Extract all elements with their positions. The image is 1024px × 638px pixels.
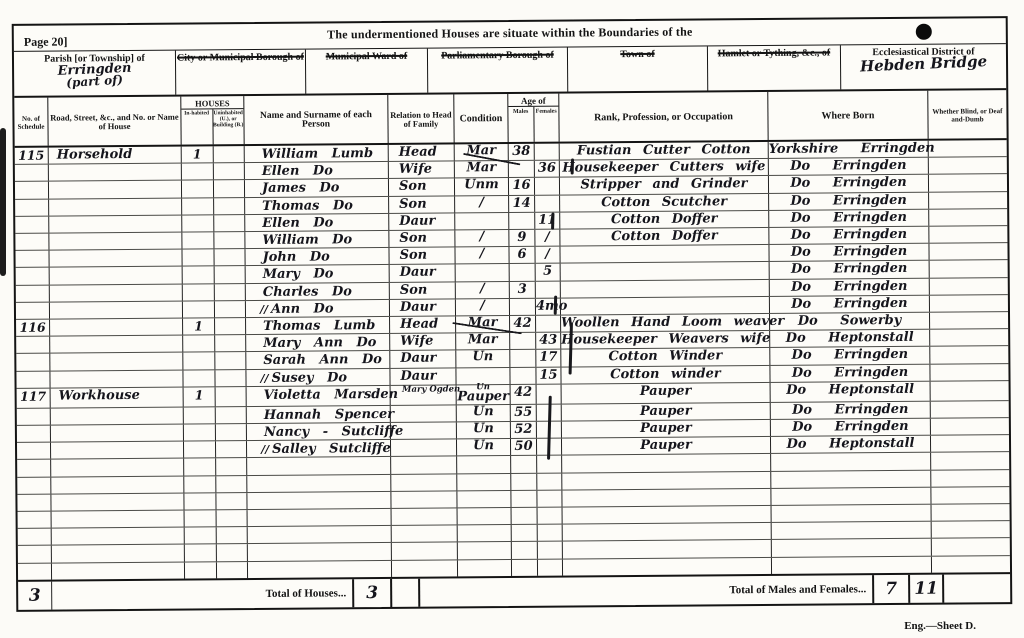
cell-relation bbox=[392, 543, 458, 560]
cell-road bbox=[51, 442, 184, 459]
col-schedule: No. of Schedule bbox=[14, 98, 48, 146]
total-houses-value: 3 bbox=[352, 579, 392, 607]
cell-born: Do Heptonstall bbox=[771, 436, 931, 453]
cell-age-male: 16 bbox=[509, 178, 535, 194]
cell-inhabited bbox=[183, 301, 215, 317]
cell-age-female: 17 bbox=[536, 350, 561, 366]
cell-road bbox=[52, 562, 185, 579]
cell-age-male: 38 bbox=[509, 144, 535, 160]
cell-inhabited bbox=[185, 545, 217, 561]
cell-inhabited bbox=[185, 528, 217, 544]
cell-name: Ellen Do bbox=[245, 214, 389, 231]
cell-inhabited bbox=[184, 424, 216, 440]
col-age: Age of bbox=[508, 94, 558, 107]
cell-schedule: 116 bbox=[16, 320, 50, 336]
cell-inhabited bbox=[182, 181, 214, 197]
cell-relation: Wife bbox=[389, 162, 455, 179]
cell-age-male bbox=[512, 559, 538, 575]
condition-value: / bbox=[479, 229, 484, 244]
cell-condition: Mar bbox=[456, 333, 510, 350]
cell-occupation: Housekeeper Weavers wife bbox=[561, 331, 770, 349]
cell-schedule bbox=[16, 371, 50, 387]
name-end-mark: // bbox=[260, 303, 268, 316]
cell-condition bbox=[457, 474, 511, 491]
cell-condition: Unm bbox=[455, 178, 509, 195]
cell-relation bbox=[391, 422, 457, 439]
cell-road bbox=[51, 459, 184, 476]
cell-name: James Do bbox=[245, 179, 389, 196]
condition-value: Mar bbox=[468, 332, 498, 347]
cell-age-male: 3 bbox=[510, 281, 536, 297]
cell-condition bbox=[458, 525, 512, 542]
cell-uninhabited bbox=[217, 562, 248, 578]
col-disability: Whether Blind, or Deaf and-Dumb bbox=[928, 90, 1006, 139]
cell-disability bbox=[931, 401, 1009, 418]
cell-uninhabited bbox=[217, 527, 248, 543]
cell-inhabited bbox=[182, 232, 214, 248]
cell-relation: Son bbox=[390, 282, 456, 299]
person-name: Ann Do bbox=[271, 301, 334, 316]
cell-disability bbox=[929, 140, 1007, 157]
cell-name: Nancy - Sutcliffe bbox=[247, 423, 391, 440]
cell-uninhabited bbox=[215, 267, 246, 283]
municipal-ward-label: Municipal Ward of bbox=[306, 51, 427, 63]
cell-schedule bbox=[17, 477, 51, 493]
cell-condition bbox=[455, 213, 509, 230]
cell-age-male bbox=[511, 456, 537, 472]
cell-age-female bbox=[538, 525, 563, 541]
ink-blot bbox=[916, 24, 932, 40]
person-name: Hannah Spencer bbox=[264, 407, 394, 423]
totals-schedule-value: 3 bbox=[18, 582, 52, 610]
cell-age-female bbox=[537, 473, 562, 489]
cell-occupation: Cotton Doffer bbox=[560, 228, 769, 246]
person-name: Salley Sutcliffe bbox=[272, 441, 391, 457]
cell-age-female: 36 bbox=[535, 161, 560, 177]
col-inhabited: In-habited bbox=[181, 109, 213, 144]
condition-value: / bbox=[479, 195, 484, 210]
cell-disability bbox=[929, 226, 1007, 243]
cell-inhabited bbox=[183, 284, 215, 300]
cell-road bbox=[52, 528, 185, 545]
cell-age-male: 50 bbox=[511, 439, 537, 455]
cell-age-female bbox=[536, 281, 561, 297]
cell-road bbox=[51, 407, 184, 424]
cell-inhabited bbox=[184, 442, 216, 458]
cell-road bbox=[49, 215, 182, 232]
hamlet-label: Hamlet or Tything, &c., of bbox=[708, 47, 840, 59]
cell-occupation: Cotton Winder bbox=[561, 348, 770, 366]
cell-inhabited bbox=[182, 164, 214, 180]
total-males-females-label: Total of Males and Females... bbox=[420, 575, 872, 607]
person-name: William Do bbox=[262, 232, 352, 248]
cell-name: Violetta MarsdenMary Ogden bbox=[247, 386, 391, 406]
cell-schedule bbox=[18, 512, 52, 528]
cell-occupation: Cotton Scutcher bbox=[560, 194, 769, 212]
cell-schedule bbox=[17, 443, 51, 459]
col-name: Name and Surname of each Person bbox=[244, 95, 388, 144]
ink-stroke bbox=[551, 213, 554, 230]
cell-schedule bbox=[16, 285, 50, 301]
cell-schedule bbox=[18, 529, 52, 545]
total-females-value: 11 bbox=[910, 575, 944, 603]
cell-inhabited bbox=[183, 267, 215, 283]
cell-schedule: 117 bbox=[17, 388, 51, 407]
cell-relation bbox=[391, 491, 457, 508]
cell-disability bbox=[931, 453, 1009, 470]
cell-road bbox=[50, 319, 183, 336]
cell-relation: Daur bbox=[390, 299, 456, 316]
cell-uninhabited bbox=[215, 353, 246, 369]
hamlet-cell: Hamlet or Tything, &c., of bbox=[708, 45, 841, 90]
col-females: Females bbox=[534, 107, 559, 142]
cell-relation bbox=[392, 508, 458, 525]
cell-condition: UnPauper bbox=[457, 385, 511, 404]
cell-age-female: 5 bbox=[536, 264, 561, 280]
cell-uninhabited bbox=[215, 335, 246, 351]
cell-born bbox=[772, 505, 932, 522]
cell-occupation bbox=[563, 506, 772, 524]
condition-value: / bbox=[480, 298, 485, 313]
cell-disability bbox=[930, 364, 1008, 381]
person-name: Ellen Do bbox=[262, 215, 333, 231]
cell-inhabited bbox=[185, 510, 217, 526]
municipal-ward-cell: Municipal Ward of bbox=[306, 49, 428, 94]
cell-disability bbox=[930, 261, 1008, 278]
cell-relation: Head bbox=[389, 144, 455, 161]
cell-born: Do Heptonstall bbox=[771, 382, 931, 402]
cell-road bbox=[52, 545, 185, 562]
cell-schedule bbox=[15, 234, 49, 250]
cell-disability bbox=[930, 329, 1008, 346]
cell-road: Workhouse bbox=[51, 387, 184, 407]
cell-age-female bbox=[538, 542, 563, 558]
cell-name: Hannah Spencer bbox=[247, 406, 391, 423]
cell-condition: Un bbox=[457, 439, 511, 456]
cell-relation bbox=[392, 526, 458, 543]
cell-occupation bbox=[562, 489, 771, 507]
cell-age-male: 55 bbox=[511, 405, 537, 421]
cell-born: Do Erringden bbox=[770, 364, 930, 381]
cell-inhabited bbox=[183, 353, 215, 369]
cell-disability bbox=[931, 435, 1009, 452]
condition-value: / bbox=[480, 281, 485, 296]
cell-schedule bbox=[17, 408, 51, 424]
cell-inhabited: 1 bbox=[183, 318, 215, 334]
cell-schedule bbox=[16, 337, 50, 353]
cell-age-male: 42 bbox=[511, 385, 537, 404]
person-name: James Do bbox=[262, 181, 340, 197]
cell-schedule bbox=[15, 251, 49, 267]
cell-name: John Do bbox=[245, 248, 389, 265]
cell-inhabited bbox=[182, 215, 214, 231]
cell-uninhabited bbox=[214, 146, 245, 162]
cell-inhabited bbox=[182, 198, 214, 214]
condition-value: Mar bbox=[466, 160, 496, 175]
cell-age-male bbox=[510, 299, 536, 315]
cell-age-male bbox=[510, 333, 536, 349]
cell-road: Horsehold bbox=[49, 147, 182, 164]
cell-disability bbox=[932, 539, 1010, 556]
cell-relation bbox=[391, 474, 457, 491]
cell-born bbox=[772, 522, 932, 539]
cell-inhabited: 1 bbox=[182, 146, 214, 162]
cell-name bbox=[248, 561, 392, 578]
cell-uninhabited bbox=[215, 301, 246, 317]
ink-stroke bbox=[571, 158, 574, 174]
cell-occupation: Pauper bbox=[562, 420, 771, 438]
cell-schedule bbox=[17, 494, 51, 510]
town-cell: Town of bbox=[568, 46, 708, 91]
cell-disability bbox=[929, 209, 1007, 226]
cell-condition: Un bbox=[457, 405, 511, 422]
cell-schedule bbox=[17, 460, 51, 476]
cell-road bbox=[50, 370, 183, 387]
cell-disability bbox=[931, 487, 1009, 504]
cell-name bbox=[248, 509, 392, 526]
cell-born: Do Erringden bbox=[770, 347, 930, 364]
cell-occupation: Pauper bbox=[562, 437, 771, 455]
col-age-group: Age of Males Females bbox=[508, 94, 559, 142]
cell-uninhabited bbox=[216, 441, 247, 457]
cell-occupation bbox=[561, 262, 770, 280]
cell-age-male bbox=[510, 350, 536, 366]
cell-road bbox=[51, 425, 184, 442]
cell-road bbox=[50, 267, 183, 284]
cell-disability bbox=[929, 243, 1007, 260]
cell-condition bbox=[458, 542, 512, 559]
cell-age-male bbox=[511, 473, 537, 489]
cell-schedule bbox=[18, 546, 52, 562]
cell-age-male bbox=[510, 367, 536, 383]
cell-born: Do Erringden bbox=[769, 210, 929, 227]
cell-disability bbox=[930, 312, 1008, 329]
cell-uninhabited bbox=[216, 424, 247, 440]
person-name: Charles Do bbox=[263, 284, 352, 300]
name-end-mark: // bbox=[261, 443, 269, 456]
scan-edge-artifact bbox=[0, 128, 6, 276]
person-name: Mary Ann Do bbox=[263, 335, 376, 351]
cell-schedule bbox=[15, 182, 49, 198]
cell-name bbox=[248, 526, 392, 543]
cell-disability bbox=[932, 556, 1010, 573]
cell-born: Do Erringden bbox=[769, 227, 929, 244]
cell-name: Ellen Do bbox=[245, 162, 389, 179]
cell-relation: Son bbox=[389, 179, 455, 196]
cell-occupation: Woollen Hand Loom weaver bbox=[561, 314, 770, 332]
cell-condition: / bbox=[456, 299, 510, 316]
cell-age-male bbox=[512, 542, 538, 558]
cell-disability bbox=[930, 278, 1008, 295]
person-name: Ellen Do bbox=[262, 164, 333, 180]
cell-born bbox=[771, 453, 931, 470]
cell-disability bbox=[932, 521, 1010, 538]
cell-disability bbox=[929, 157, 1007, 174]
total-houses-label: Total of Houses... bbox=[52, 579, 352, 609]
cell-age-female: 4mo bbox=[536, 298, 561, 314]
cell-condition: / bbox=[455, 230, 509, 247]
ecclesiastical-district-value: Hebden Bridge bbox=[841, 55, 1006, 73]
cell-condition bbox=[456, 264, 510, 281]
person-name: Thomas Lumb bbox=[263, 318, 375, 334]
cell-occupation bbox=[562, 454, 771, 472]
cell-born: Do Erringden bbox=[769, 244, 929, 261]
cell-age-female bbox=[536, 316, 561, 332]
cell-uninhabited bbox=[214, 249, 245, 265]
condition-value: Un bbox=[473, 438, 494, 453]
cell-age-male bbox=[509, 213, 535, 229]
cell-condition: / bbox=[455, 196, 509, 213]
cell-uninhabited bbox=[216, 493, 247, 509]
cell-relation bbox=[391, 457, 457, 474]
cell-name: Thomas Do bbox=[245, 197, 389, 214]
cell-age-male: 6 bbox=[509, 247, 535, 263]
cell-age-female bbox=[537, 490, 562, 506]
cell-occupation bbox=[561, 297, 770, 315]
cell-inhabited bbox=[184, 476, 216, 492]
cell-age-male: 42 bbox=[510, 316, 536, 332]
col-born: Where Born bbox=[768, 91, 928, 140]
cell-age-female: 43 bbox=[536, 333, 561, 349]
cell-disability bbox=[931, 470, 1009, 487]
cell-uninhabited bbox=[214, 180, 245, 196]
condition-value: Un bbox=[472, 350, 493, 365]
cell-road bbox=[51, 493, 184, 510]
cell-relation bbox=[391, 440, 457, 457]
cell-disability bbox=[932, 504, 1010, 521]
sheet-footnote: Eng.—Sheet D. bbox=[904, 620, 976, 632]
cell-road bbox=[49, 233, 182, 250]
cell-disability bbox=[931, 418, 1009, 435]
cell-relation: Son bbox=[389, 196, 455, 213]
cell-occupation: Pauper bbox=[562, 403, 771, 421]
cell-age-male bbox=[512, 508, 538, 524]
cell-occupation bbox=[563, 558, 772, 576]
cell-road bbox=[50, 336, 183, 353]
cell-uninhabited bbox=[216, 407, 247, 423]
cell-schedule bbox=[16, 302, 50, 318]
col-males: Males bbox=[508, 107, 534, 142]
cell-uninhabited bbox=[217, 545, 248, 561]
cell-uninhabited bbox=[216, 476, 247, 492]
cell-age-female bbox=[538, 508, 563, 524]
cell-occupation: Pauper bbox=[562, 383, 771, 404]
parliamentary-borough-label: Parliamentary Borough of bbox=[428, 50, 567, 62]
cell-condition: Un bbox=[457, 422, 511, 439]
cell-occupation: Stripper and Grinder bbox=[560, 176, 769, 194]
condition-value: / bbox=[480, 246, 485, 261]
ecclesiastical-district-cell: Ecclesiastical District of Hebden Bridge bbox=[841, 44, 1006, 89]
person-name: Susey Do bbox=[271, 370, 347, 386]
cell-age-female bbox=[535, 178, 560, 194]
cell-relation: Daur bbox=[390, 265, 456, 282]
cell-age-female: 15 bbox=[536, 367, 561, 383]
cell-name bbox=[247, 457, 391, 474]
cell-age-male bbox=[512, 525, 538, 541]
parliamentary-borough-cell: Parliamentary Borough of bbox=[428, 48, 568, 93]
cell-name: Mary Ann Do bbox=[246, 334, 390, 351]
cell-occupation: Fustian Cutter Cotton bbox=[560, 142, 769, 160]
col-uninhabited: Uninhabited (U.), or Building (B.) bbox=[213, 109, 244, 144]
cell-condition: / bbox=[455, 247, 509, 264]
cell-relation: Son bbox=[389, 248, 455, 265]
totals-end-spacer bbox=[944, 574, 1010, 603]
person-name: John Do bbox=[262, 250, 329, 266]
cell-road bbox=[52, 511, 185, 528]
cell-condition bbox=[457, 456, 511, 473]
city-borough-cell: City or Municipal Borough of bbox=[176, 50, 306, 95]
condition-value: Un bbox=[473, 421, 494, 436]
cell-inhabited bbox=[184, 493, 216, 509]
cell-uninhabited bbox=[214, 163, 245, 179]
cell-condition: Un bbox=[456, 350, 510, 367]
cell-born: Do Erringden bbox=[769, 192, 929, 209]
cell-road bbox=[50, 353, 183, 370]
sheet-title: The undermentioned Houses are situate wi… bbox=[14, 22, 1006, 45]
cell-condition: / bbox=[456, 282, 510, 299]
cell-age-male: 14 bbox=[509, 195, 535, 211]
cell-born bbox=[771, 488, 931, 505]
cell-condition bbox=[457, 491, 511, 508]
cell-relation bbox=[391, 405, 457, 422]
cell-relation: Head bbox=[390, 316, 456, 333]
cell-born: Yorkshire Erringden bbox=[769, 141, 929, 158]
cell-name: Charles Do bbox=[246, 283, 390, 300]
cell-name: //Susey Do bbox=[246, 369, 390, 386]
cell-schedule bbox=[15, 199, 49, 215]
cell-relation: Daur bbox=[389, 213, 455, 230]
cell-disability bbox=[930, 347, 1008, 364]
city-borough-label: City or Municipal Borough of bbox=[176, 52, 305, 64]
cell-uninhabited bbox=[216, 459, 247, 475]
cell-age-male: 9 bbox=[509, 230, 535, 246]
cell-road bbox=[51, 476, 184, 493]
cell-relation: Wife bbox=[390, 334, 456, 351]
cell-schedule bbox=[18, 563, 52, 579]
person-name: Nancy - Sutcliffe bbox=[264, 424, 403, 440]
col-houses: HOUSES bbox=[181, 96, 243, 109]
cell-born: Do Erringden bbox=[770, 261, 930, 278]
cell-born: Do Heptonstall bbox=[770, 330, 930, 347]
cell-name: William Do bbox=[245, 231, 389, 248]
cell-born bbox=[772, 556, 932, 573]
cell-age-female: / bbox=[535, 230, 560, 246]
cell-inhabited bbox=[184, 459, 216, 475]
cell-occupation bbox=[560, 245, 769, 263]
cell-name: //Salley Sutcliffe bbox=[247, 440, 391, 457]
cell-age-female: 11 bbox=[535, 212, 560, 228]
cell-relation bbox=[392, 560, 458, 577]
cell-age-female: / bbox=[535, 247, 560, 263]
cell-age-female bbox=[538, 559, 563, 575]
cell-inhabited bbox=[182, 250, 214, 266]
cell-condition: Mar bbox=[455, 161, 509, 178]
cell-disability bbox=[929, 175, 1007, 192]
cell-born: Do Erringden bbox=[771, 419, 931, 436]
cell-road bbox=[49, 250, 182, 267]
table-body: 115 Horsehold 1 William Lumb Head Mar 38… bbox=[15, 140, 1010, 580]
col-houses-group: HOUSES In-habited Uninhabited (U.), or B… bbox=[181, 96, 244, 144]
cell-born bbox=[771, 470, 931, 487]
cell-schedule bbox=[16, 354, 50, 370]
total-males-value: 7 bbox=[872, 575, 910, 603]
cell-inhabited bbox=[184, 407, 216, 423]
cell-schedule: 115 bbox=[15, 148, 49, 164]
cell-relation: Son bbox=[389, 230, 455, 247]
cell-uninhabited bbox=[215, 318, 246, 334]
parish-cell: Parish [or Township] of Erringden (part … bbox=[14, 51, 176, 96]
col-road: Road, Street, &c., and No. or Name of Ho… bbox=[48, 97, 181, 146]
